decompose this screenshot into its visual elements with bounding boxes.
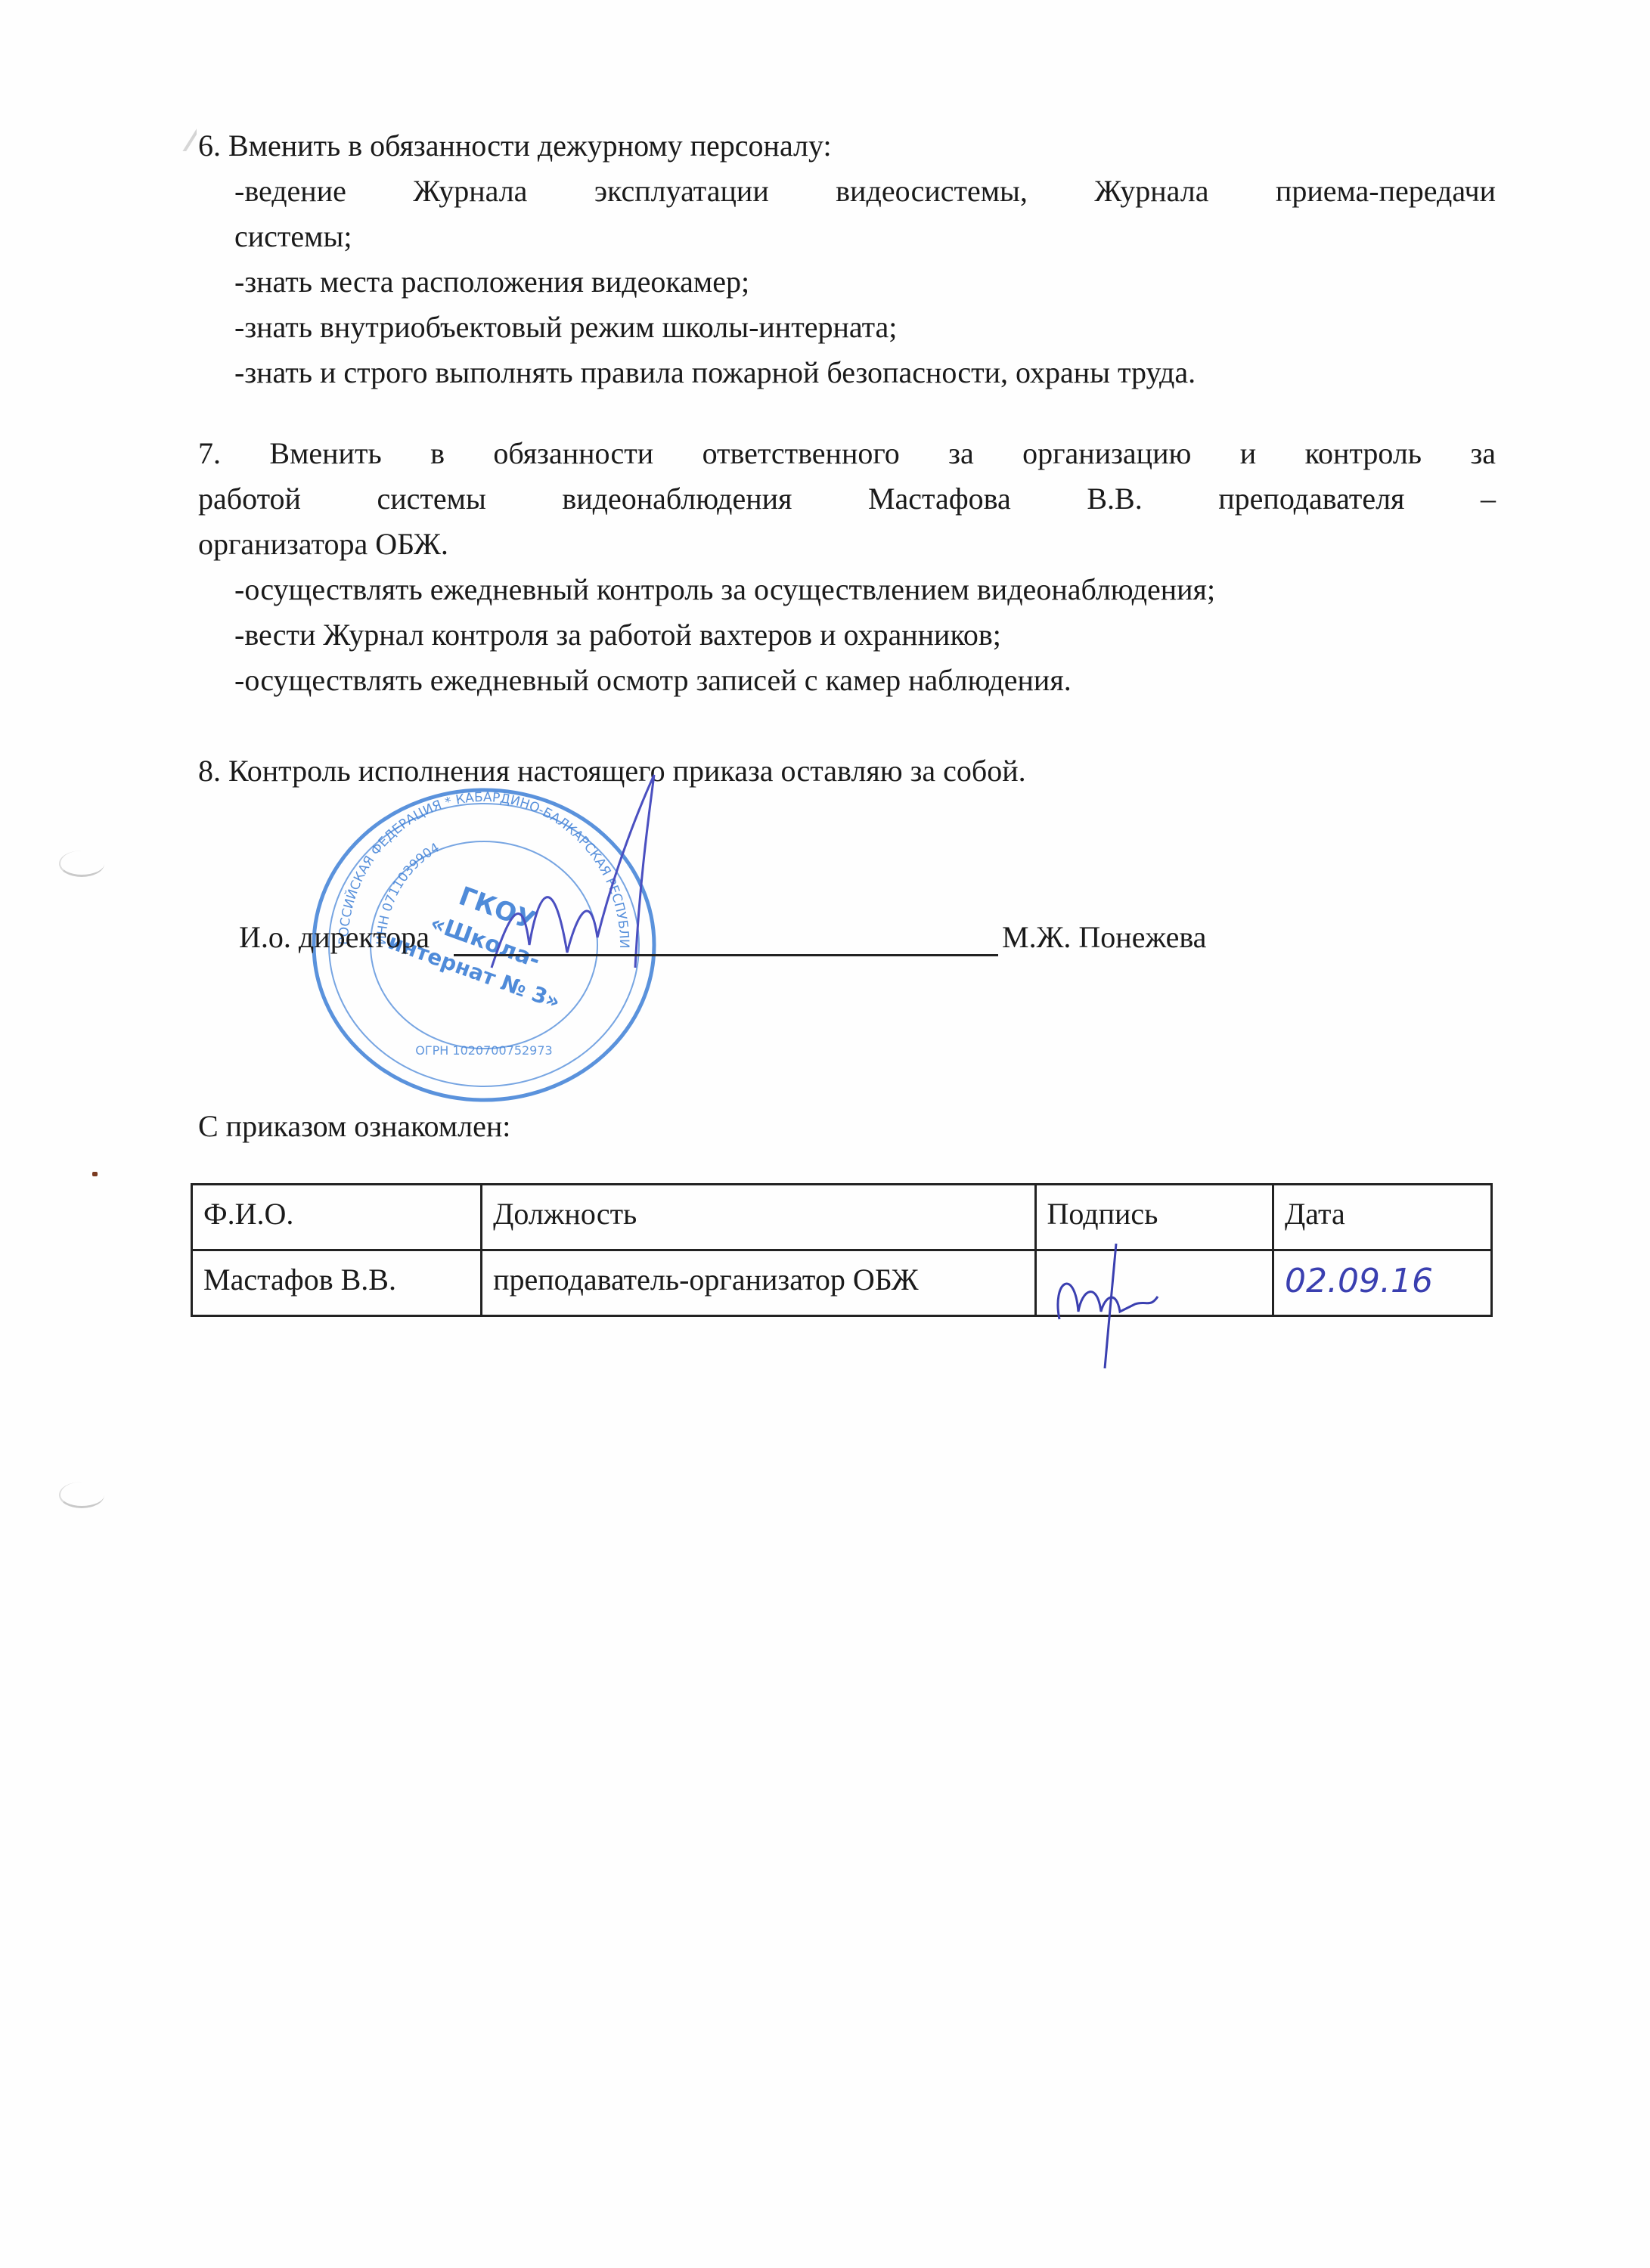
punch-hole-bottom — [59, 1482, 104, 1508]
section-7-item: -осуществлять ежедневный контроль за осу… — [198, 567, 1496, 612]
handwritten-date: 02.09.16 — [1285, 1262, 1433, 1300]
director-signature-scrawl — [484, 771, 665, 998]
punch-hole-top — [59, 850, 104, 877]
acknowledgement-label: С приказом ознакомлен: — [198, 1104, 510, 1149]
section-7-item: -осуществлять ежедневный осмотр записей … — [198, 658, 1496, 703]
section-7-heading-line: организатора ОБЖ. — [198, 522, 1496, 567]
section-6-item: -знать места расположения видеокамер; — [198, 259, 1496, 305]
cell-position: преподаватель-организатор ОБЖ — [482, 1250, 1035, 1316]
section-7-item: -вести Журнал контроля за работой вахтер… — [198, 612, 1496, 658]
folded-corner — [0, 0, 197, 151]
section-7-heading-line: 7. Вменить в обязанности ответственного … — [198, 431, 1496, 476]
cell-signature — [1035, 1250, 1273, 1316]
scan-speck — [92, 1172, 98, 1176]
header-name: Ф.И.О. — [192, 1185, 482, 1250]
section-6-item: -знать и строго выполнять правила пожарн… — [198, 350, 1496, 395]
signature-name: М.Ж. Понежева — [1002, 915, 1206, 960]
section-6: 6. Вменить в обязанности дежурному персо… — [198, 123, 1496, 395]
table-header-row: Ф.И.О. Должность Подпись Дата — [192, 1185, 1492, 1250]
cell-date: 02.09.16 — [1273, 1250, 1492, 1316]
section-6-item: -знать внутриобъектовый режим школы-инте… — [198, 305, 1496, 350]
section-6-heading: 6. Вменить в обязанности дежурному персо… — [198, 123, 1496, 169]
section-6-item: -ведение Журнала эксплуатации видеосисте… — [198, 169, 1496, 214]
signature-line — [454, 954, 998, 956]
section-7-heading-line: работой системы видеонаблюдения Мастафов… — [198, 476, 1496, 522]
stamp-ogrn: ОГРН 1020700752973 — [415, 1043, 552, 1058]
scanned-page: 6. Вменить в обязанности дежурному персо… — [0, 0, 1650, 2268]
acknowledgement-table: Ф.И.О. Должность Подпись Дата Мастафов В… — [191, 1183, 1493, 1317]
table-row: Мастафов В.В. преподаватель-организатор … — [192, 1250, 1492, 1316]
section-7: 7. Вменить в обязанности ответственного … — [198, 431, 1496, 703]
handwritten-signature — [1044, 1236, 1196, 1372]
signature-title: И.о. директора — [239, 915, 430, 960]
cell-name: Мастафов В.В. — [192, 1250, 482, 1316]
section-6-item: системы; — [198, 214, 1496, 259]
header-position: Должность — [482, 1185, 1035, 1250]
header-date: Дата — [1273, 1185, 1492, 1250]
